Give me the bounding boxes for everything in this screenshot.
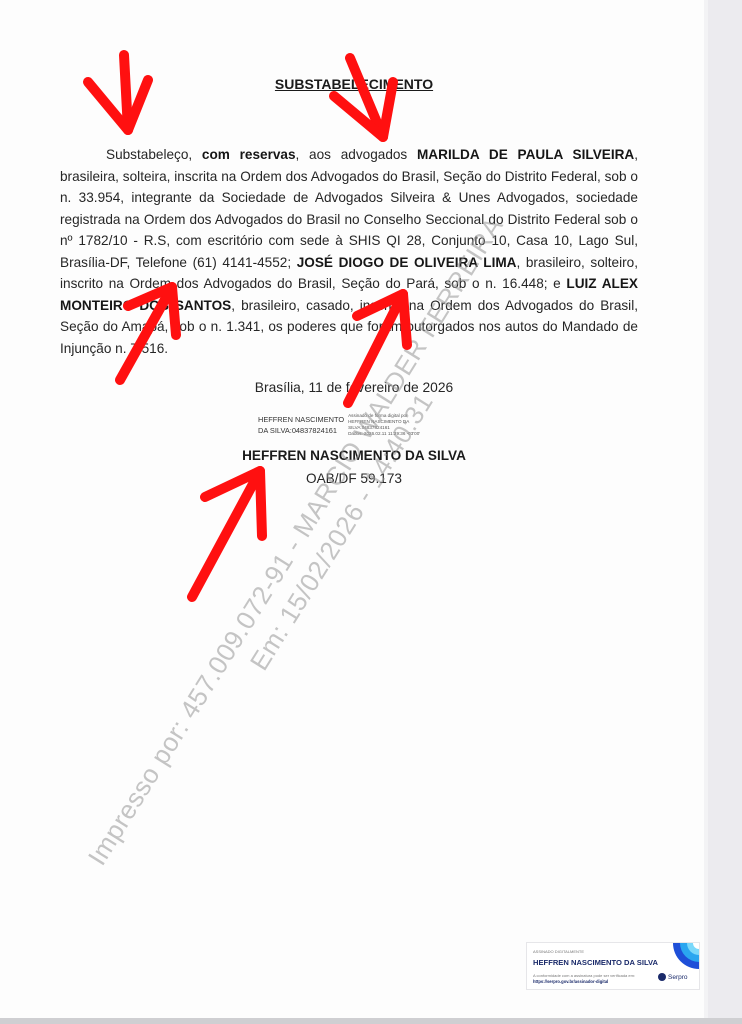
stamp-signer-name: HEFFREN NASCIMENTO DA SILVA	[533, 958, 658, 967]
bold-text: MARILDA DE PAULA SILVEIRA	[417, 147, 634, 162]
stamp-verify-text: A conformidade com a assinatura pode ser…	[533, 973, 635, 978]
stamp-label: ASSINADO DIGITALMENTE	[533, 949, 584, 954]
signature-name-line2: DA SILVA:04837824161	[258, 425, 344, 436]
arrow-down-icon	[88, 55, 148, 130]
signature-name-line1: HEFFREN NASCIMENTO	[258, 414, 344, 425]
text: Substabeleço,	[106, 147, 202, 162]
serpro-logo: Serpro	[658, 973, 688, 981]
page-separator	[0, 1018, 742, 1024]
arrow-up-icon	[192, 471, 262, 597]
viewer-background	[709, 0, 742, 1018]
serpro-brand-text: Serpro	[668, 974, 688, 981]
document-body: Substabeleço, com reservas, aos advogado…	[60, 144, 638, 359]
serpro-logo-icon	[658, 973, 666, 981]
document-title: SUBSTABELECIMENTO	[0, 76, 708, 92]
arrow-down-icon	[334, 58, 393, 137]
document-page: SUBSTABELECIMENTO Substabeleço, com rese…	[0, 0, 708, 1018]
substabelecimento-paragraph: Substabeleço, com reservas, aos advogado…	[60, 144, 638, 359]
page-edge	[704, 0, 708, 1018]
stamp-verify-link[interactable]: https://serpro.gov.br/assinador-digital	[533, 979, 608, 984]
serpro-signature-stamp: ASSINADO DIGITALMENTE HEFFREN NASCIMENTO…	[526, 942, 700, 990]
bold-text: com reservas	[202, 147, 296, 162]
stamp-corner-graphic-icon	[669, 943, 699, 969]
text: , aos advogados	[296, 147, 417, 162]
date-line: Brasília, 11 de fevereiro de 2026	[0, 380, 708, 395]
text: , brasileira, solteira, inscrita na Orde…	[60, 147, 638, 270]
